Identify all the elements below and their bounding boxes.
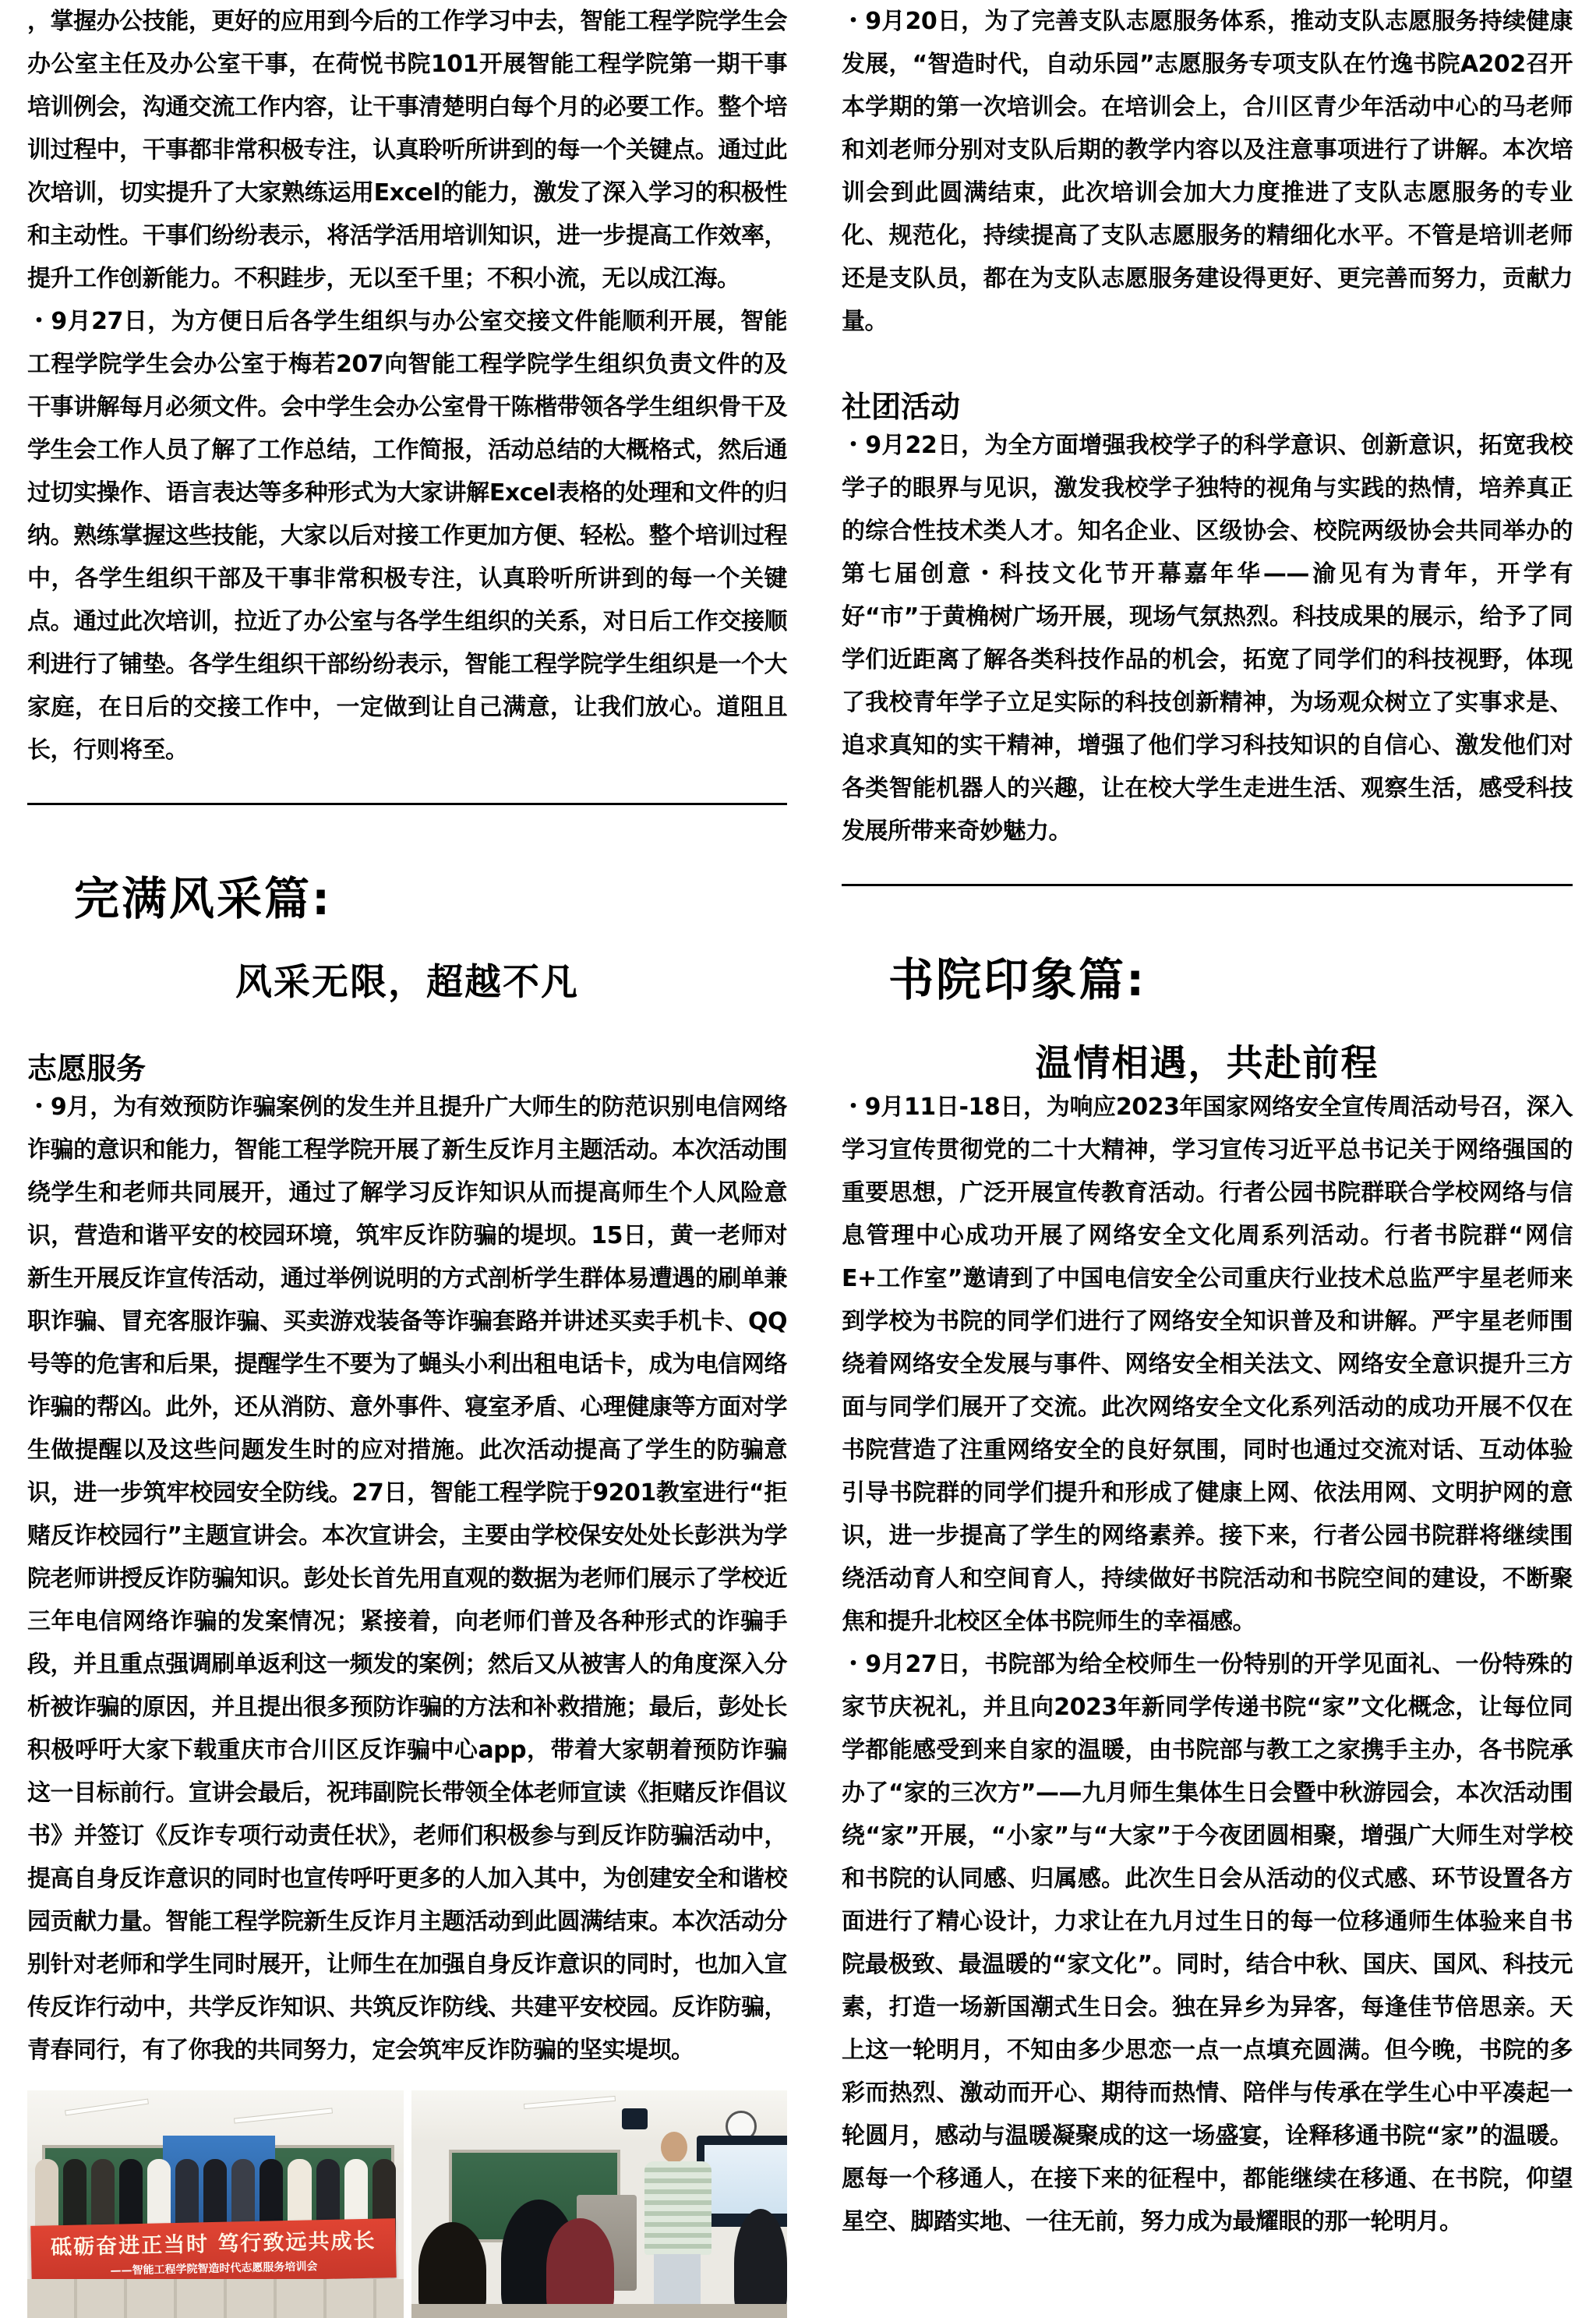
section-subtitle-fengcai: 风采无限，超越不凡 — [27, 961, 787, 1005]
student-foreground — [546, 2218, 614, 2318]
student-foreground — [734, 2209, 787, 2318]
paragraph-file-handover: ・9月27日，为方便日后各学生组织与办公室交接文件能顺利开展，智能工程学院学生会… — [27, 300, 787, 772]
paragraph-cyber-security-week: ・9月11日-18日，为响应2023年国家网络安全宣传周活动号召，深入学习宣传贯… — [842, 1086, 1573, 1643]
photo-row: 砥砺奋进正当时 笃行致远共成长 ——智能工程学院智造时代志愿服务培训会 — [27, 2090, 787, 2318]
paragraph-anti-fraud: ・9月，为有效预防诈骗案例的发生并且提升广大师生的防范识别电信网络诈骗的意识和能… — [27, 1086, 787, 2072]
subsection-volunteer-service: 志愿服务 — [27, 1051, 787, 1086]
section-divider — [27, 803, 787, 805]
tv-screen-content — [704, 2145, 787, 2214]
left-column: ，掌握办公技能，更好的应用到今后的工作学习中去，智能工程学院学生会办公室主任及办… — [27, 0, 787, 2318]
photo-volunteer-training: 砥砺奋进正当时 笃行致远共成长 ——智能工程学院智造时代志愿服务培训会 — [27, 2090, 404, 2318]
teacher-figure — [644, 2161, 711, 2255]
subsection-club-activities: 社团活动 — [842, 390, 1573, 424]
floor — [411, 2304, 788, 2318]
teacher-legs — [654, 2254, 701, 2309]
newsletter-page: ，掌握办公技能，更好的应用到今后的工作学习中去，智能工程学院学生会办公室主任及办… — [0, 0, 1596, 2318]
banner-slogan: 砥砺奋进正当时 笃行致远共成长 — [51, 2224, 376, 2261]
desks — [27, 2279, 404, 2318]
paragraph-tech-festival: ・9月22日，为全方面增强我校学子的科学意识、创新意识，拓宽我校学子的眼界与见识… — [842, 424, 1573, 853]
paragraph-squad-training: ・9月20日，为了完善支队志愿服务体系，推动支队志愿服务持续健康发展，“智造时代… — [842, 0, 1573, 343]
section-divider — [842, 884, 1573, 886]
photo-classroom-lecture — [411, 2090, 788, 2318]
section-subtitle-wenqing: 温情相遇，共赴前程 — [842, 1042, 1573, 1086]
teacher-head — [661, 2132, 687, 2163]
speaker-box — [622, 2108, 648, 2129]
paragraph-birthday-party: ・9月27日，书院部为给全校师生一份特别的开学见面礼、一份特殊的家节庆祝礼，并且… — [842, 1643, 1573, 2243]
section-title-shuyuan-yinxiang: 书院印象篇: — [842, 955, 1573, 1005]
paragraph-office-training: ，掌握办公技能，更好的应用到今后的工作学习中去，智能工程学院学生会办公室主任及办… — [27, 0, 787, 300]
banner-caption: ——智能工程学院智造时代志愿服务培训会 — [110, 2259, 317, 2279]
section-title-wanman-fengcai: 完满风采篇: — [27, 874, 787, 924]
red-banner: 砥砺奋进正当时 笃行致远共成长 ——智能工程学院智造时代志愿服务培训会 — [30, 2218, 397, 2285]
right-column: ・9月20日，为了完善支队志愿服务体系，推动支队志愿服务持续健康发展，“智造时代… — [842, 0, 1573, 2243]
